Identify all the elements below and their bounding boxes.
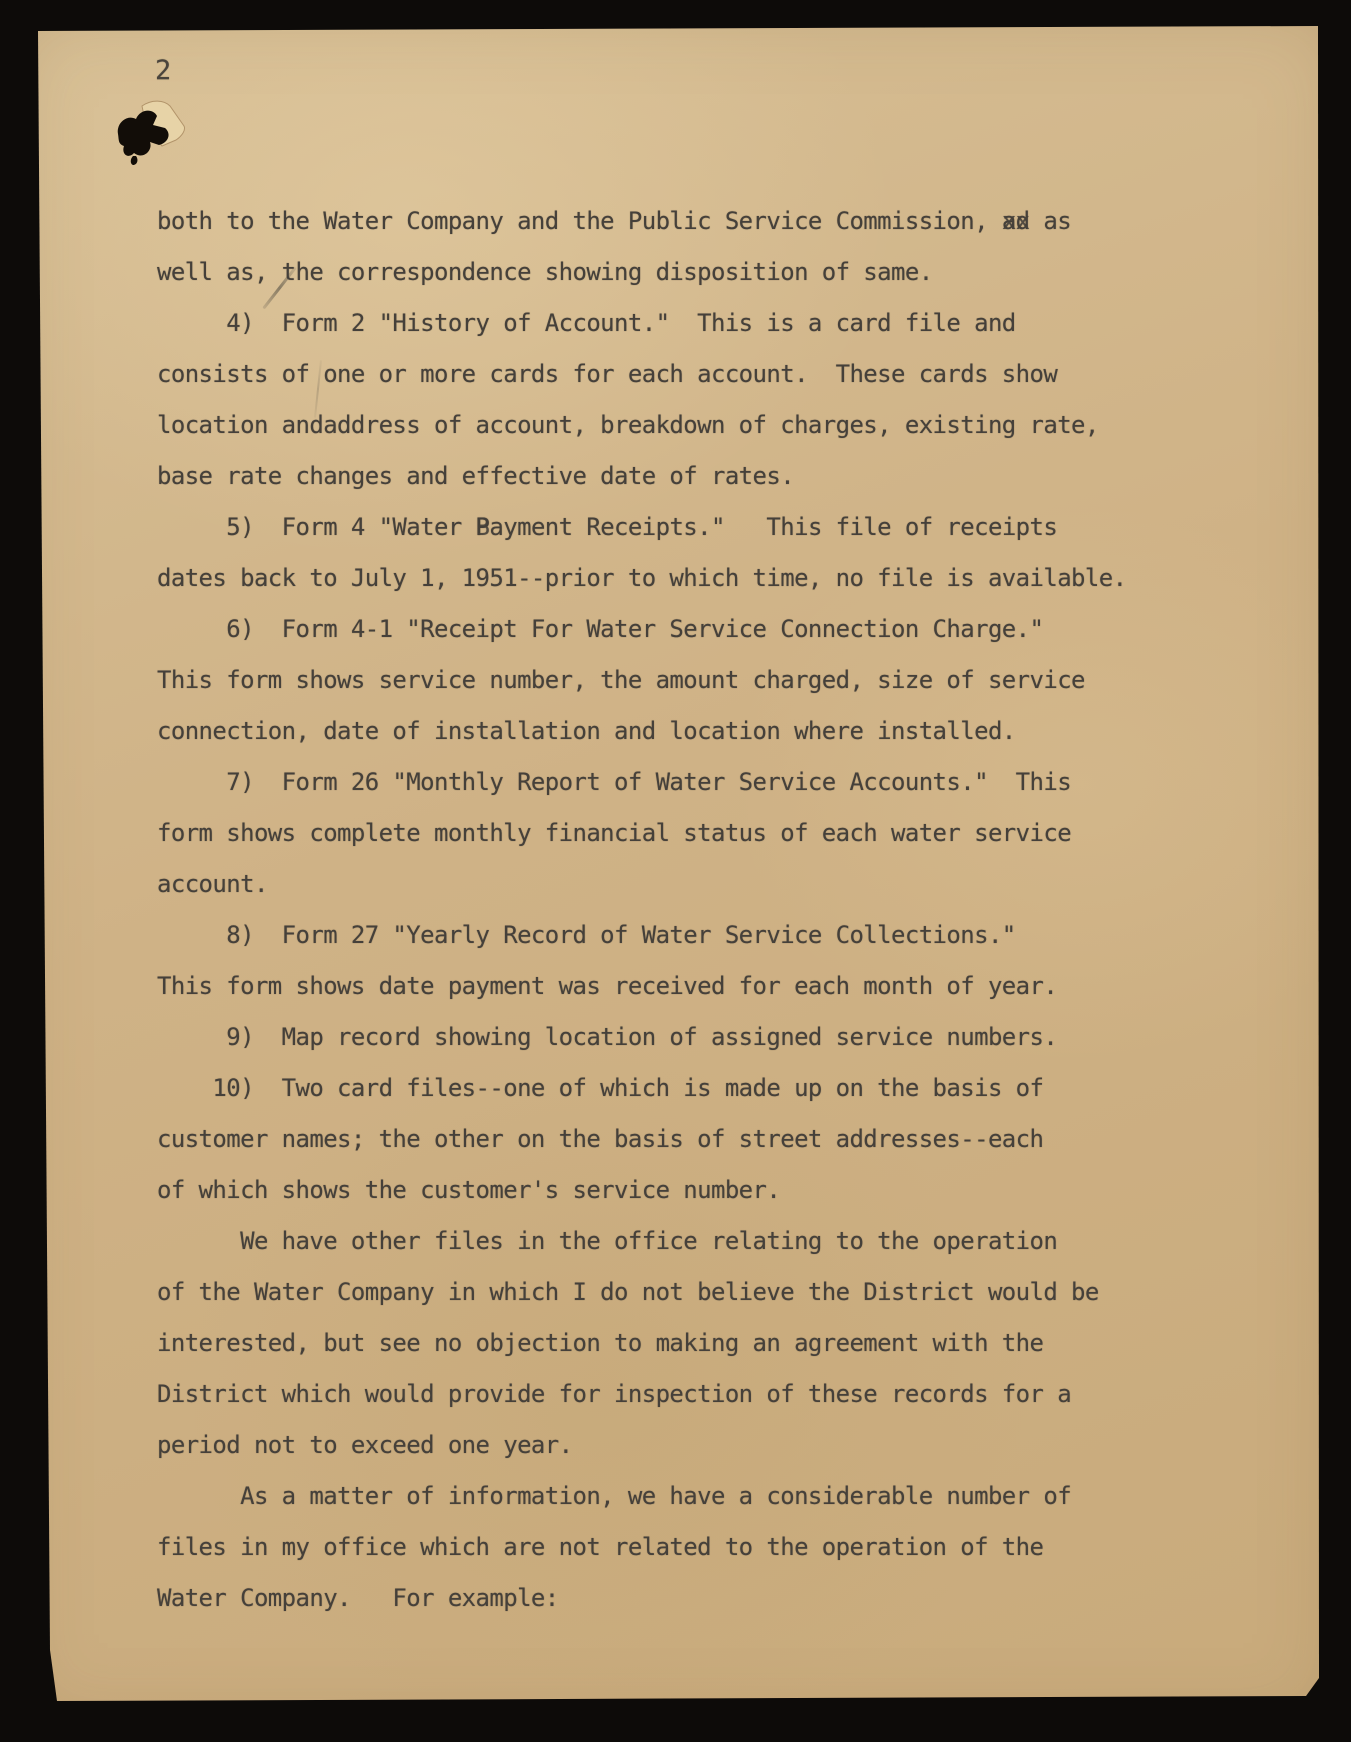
text-line: As a matter of information, we have a co… [157,1471,1197,1522]
text-line: 7) Form 26 "Monthly Report of Water Serv… [157,757,1197,808]
overstruck-text: adxx [1002,196,1030,247]
text-line: consists of one or more cards for each a… [157,349,1197,400]
text-line: both to the Water Company and the Public… [157,196,1197,247]
text-line: This form shows date payment was receive… [157,961,1197,1012]
punch-hole [112,98,198,178]
text-line: This form shows service number, the amou… [157,655,1197,706]
text-line: files in my office which are not related… [157,1522,1197,1573]
text-line: well as, the correspondence showing disp… [157,247,1197,298]
overstruck-text: PB [476,502,490,553]
page-number: 2 [155,55,171,86]
text-line: dates back to July 1, 1951--prior to whi… [157,553,1197,604]
text-line: 4) Form 2 "History of Account." This is … [157,298,1197,349]
text-line: period not to exceed one year. [157,1420,1197,1471]
text-line: We have other files in the office relati… [157,1216,1197,1267]
scan-background: { "scan": { "background_color": "#0d0b09… [0,0,1351,1742]
text-line: Water Company. For example: [157,1573,1197,1624]
document-page: 2 both to the Water Company and the Publ… [0,0,1351,1742]
hole-tear-speck [131,156,138,165]
text-line: account. [157,859,1197,910]
text-line: base rate changes and effective date of … [157,451,1197,502]
text-line: of which shows the customer's service nu… [157,1165,1197,1216]
text-line: 10) Two card files--one of which is made… [157,1063,1197,1114]
text-line: location andaddress of account, breakdow… [157,400,1197,451]
text-line: 5) Form 4 "Water PBayment Receipts." Thi… [157,502,1197,553]
text-line: interested, but see no objection to maki… [157,1318,1197,1369]
text-lines: both to the Water Company and the Public… [157,196,1197,1624]
text-line: District which would provide for inspect… [157,1369,1197,1420]
text-line: 9) Map record showing location of assign… [157,1012,1197,1063]
text-line: connection, date of installation and loc… [157,706,1197,757]
text-line: 6) Form 4-1 "Receipt For Water Service C… [157,604,1197,655]
text-line: of the Water Company in which I do not b… [157,1267,1197,1318]
text-line: customer names; the other on the basis o… [157,1114,1197,1165]
text-line: 8) Form 27 "Yearly Record of Water Servi… [157,910,1197,961]
text-line: form shows complete monthly financial st… [157,808,1197,859]
